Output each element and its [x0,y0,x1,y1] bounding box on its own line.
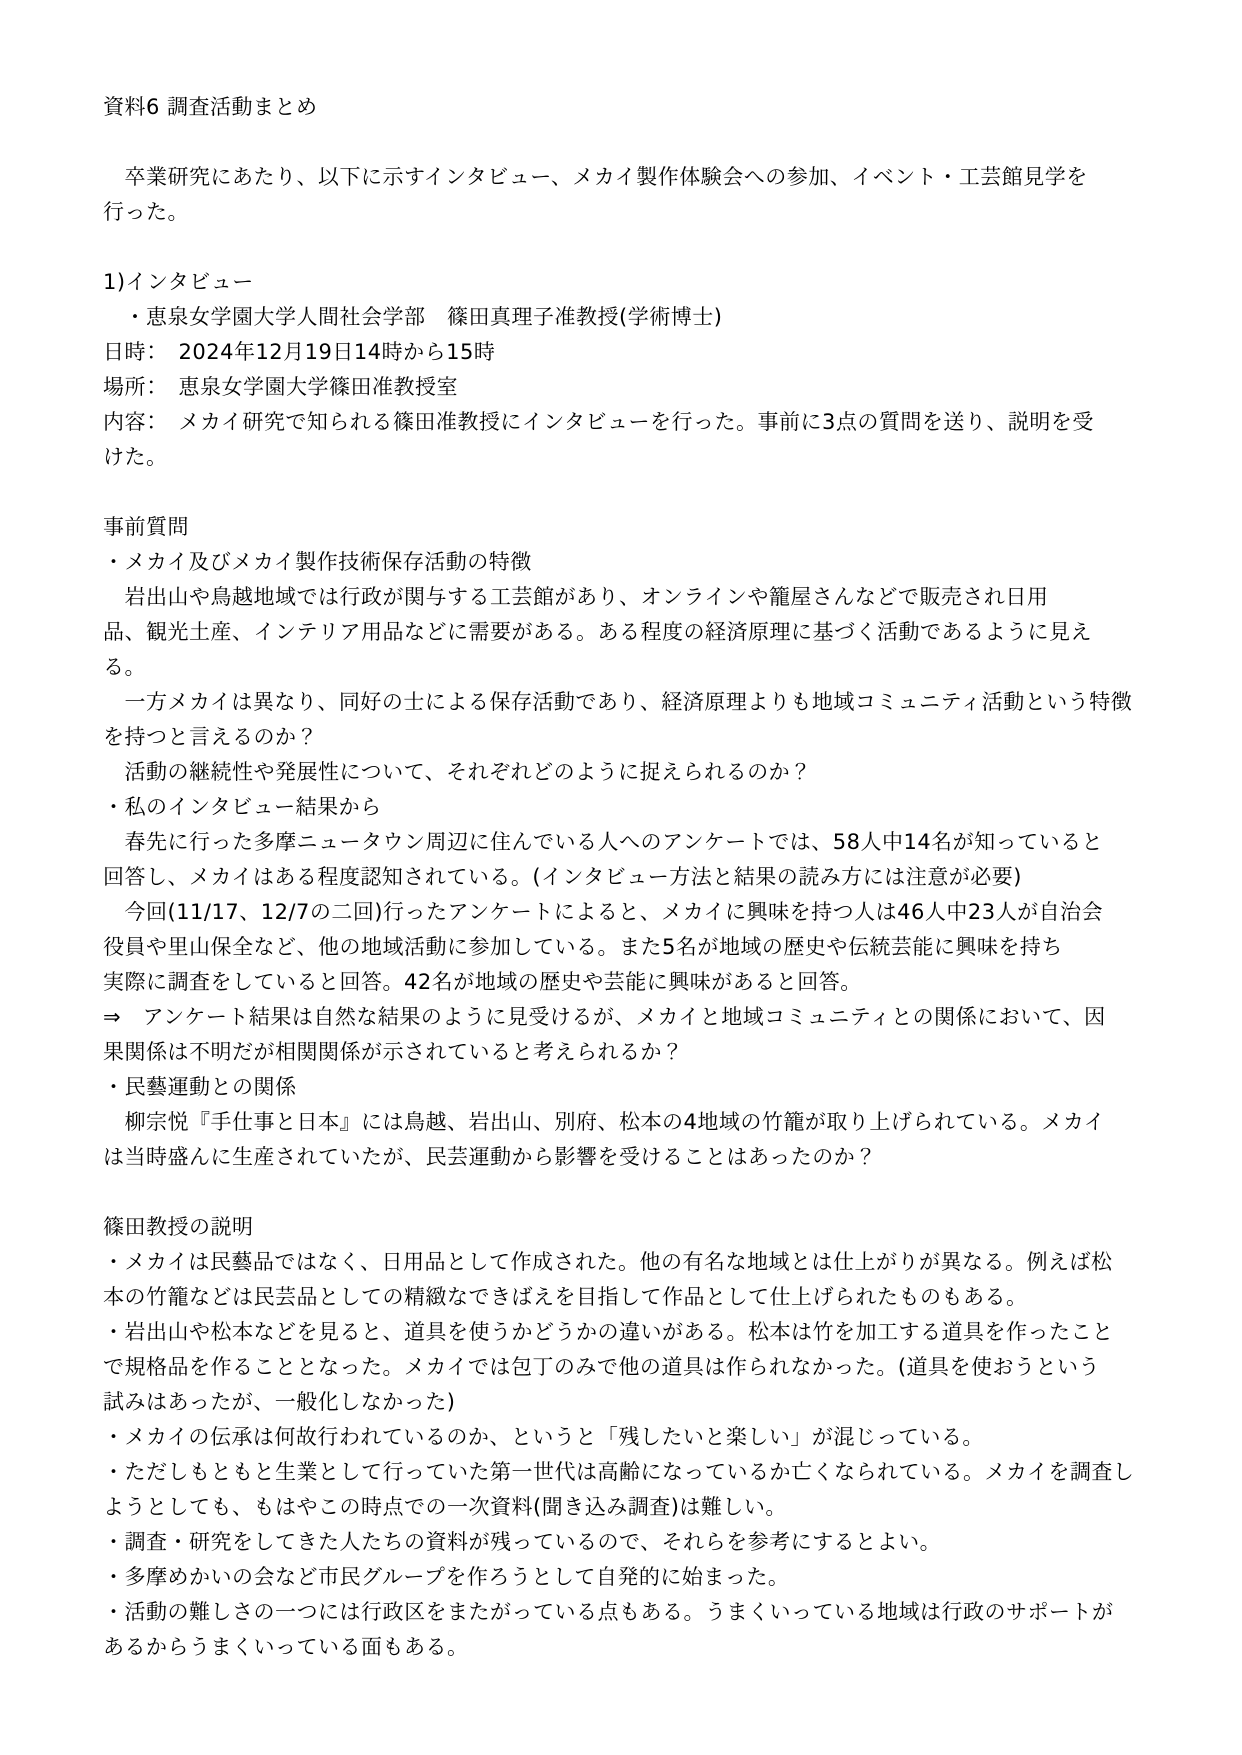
document-title: 資料6 調査活動まとめ [103,90,1147,125]
text-line: ・メカイは民藝品ではなく、日用品として作成された。他の有名な地域とは仕上がりが異… [103,1245,1147,1280]
text-line: 品、観光土産、インテリア用品などに需要がある。ある程度の経済原理に基づく活動であ… [103,615,1147,650]
text-line: 本の竹籠などは民芸品としての精緻なできばえを目指して作品として仕上げられたものも… [103,1280,1147,1315]
text-line: 果関係は不明だが相関関係が示されていると考えられるか？ [103,1035,1147,1070]
text-line: 場所： 恵泉女学園大学篠田准教授室 [103,370,1147,405]
text-line: けた。 [103,440,1147,475]
text-line: 試みはあったが、一般化しなかった) [103,1385,1147,1420]
text-line: ・民藝運動との関係 [103,1070,1147,1105]
text-line: ・調査・研究をしてきた人たちの資料が残っているので、それらを参考にするとよい。 [103,1525,1147,1560]
text-line: 柳宗悦『手仕事と日本』には鳥越、岩出山、別府、松本の4地域の竹籠が取り上げられて… [103,1105,1147,1140]
text-line: 行った。 [103,195,1147,230]
text-line: ・ただしもともと生業として行っていた第一世代は高齢になっているか亡くなられている… [103,1455,1147,1490]
section-heading-pre-questions: 事前質問 [103,510,1147,545]
text-line: ・多摩めかいの会など市民グループを作ろうとして自発的に始まった。 [103,1560,1147,1595]
text-line: 卒業研究にあたり、以下に示すインタビュー、メカイ製作体験会への参加、イベント・工… [103,160,1147,195]
text-line: 活動の継続性や発展性について、それぞれどのように捉えられるのか？ [103,755,1147,790]
text-line: 内容： メカイ研究で知られる篠田准教授にインタビューを行った。事前に3点の質問を… [103,405,1147,440]
section-heading-interview: 1)インタビュー [103,265,1147,300]
text-line: 実際に調査をしていると回答。42名が地域の歴史や芸能に興味があると回答。 [103,965,1147,1000]
text-line: ・私のインタビュー結果から [103,790,1147,825]
text-line: は当時盛んに生産されていたが、民芸運動から影響を受けることはあったのか？ [103,1140,1147,1175]
text-line: ・恵泉女学園大学人間社会学部 篠田真理子准教授(学術博士) [103,300,1147,335]
text-line: ・岩出山や松本などを見ると、道具を使うかどうかの違いがある。松本は竹を加工する道… [103,1315,1147,1350]
text-line: る。 [103,650,1147,685]
section-interview: 1)インタビュー ・恵泉女学園大学人間社会学部 篠田真理子准教授(学術博士) 日… [103,265,1147,475]
text-line: 一方メカイは異なり、同好の士による保存活動であり、経済原理よりも地域コミュニティ… [103,685,1147,720]
document-page: 資料6 調査活動まとめ 卒業研究にあたり、以下に示すインタビュー、メカイ製作体験… [0,0,1242,1755]
text-line: 岩出山や鳥越地域では行政が関与する工芸館があり、オンラインや籠屋さんなどで販売さ… [103,580,1147,615]
section-heading-explanation: 篠田教授の説明 [103,1210,1147,1245]
text-line: で規格品を作ることとなった。メカイでは包丁のみで他の道具は作られなかった。(道具… [103,1350,1147,1385]
text-line: 春先に行った多摩ニュータウン周辺に住んでいる人へのアンケートでは、58人中14名… [103,825,1147,860]
section-intro: 卒業研究にあたり、以下に示すインタビュー、メカイ製作体験会への参加、イベント・工… [103,160,1147,230]
text-line: 役員や里山保全など、他の地域活動に参加している。また5名が地域の歴史や伝統芸能に… [103,930,1147,965]
text-line: 日時： 2024年12月19日14時から15時 [103,335,1147,370]
text-line: ・活動の難しさの一つには行政区をまたがっている点もある。うまくいっている地域は行… [103,1595,1147,1630]
text-line: 今回(11/17、12/7の二回)行ったアンケートによると、メカイに興味を持つ人… [103,895,1147,930]
section-explanation: 篠田教授の説明 ・メカイは民藝品ではなく、日用品として作成された。他の有名な地域… [103,1210,1147,1665]
text-line: ・メカイの伝承は何故行われているのか、というと「残したいと楽しい」が混じっている… [103,1420,1147,1455]
text-line: ・メカイ及びメカイ製作技術保存活動の特徴 [103,545,1147,580]
text-line: ようとしても、もはやこの時点での一次資料(聞き込み調査)は難しい。 [103,1490,1147,1525]
text-line: ⇒ アンケート結果は自然な結果のように見受けるが、メカイと地域コミュニティとの関… [103,1000,1147,1035]
text-line: あるからうまくいっている面もある。 [103,1630,1147,1665]
section-pre-questions: 事前質問 ・メカイ及びメカイ製作技術保存活動の特徴 岩出山や鳥越地域では行政が関… [103,510,1147,1175]
text-line: 回答し、メカイはある程度認知されている。(インタビュー方法と結果の読み方には注意… [103,860,1147,895]
text-line: を持つと言えるのか？ [103,720,1147,755]
